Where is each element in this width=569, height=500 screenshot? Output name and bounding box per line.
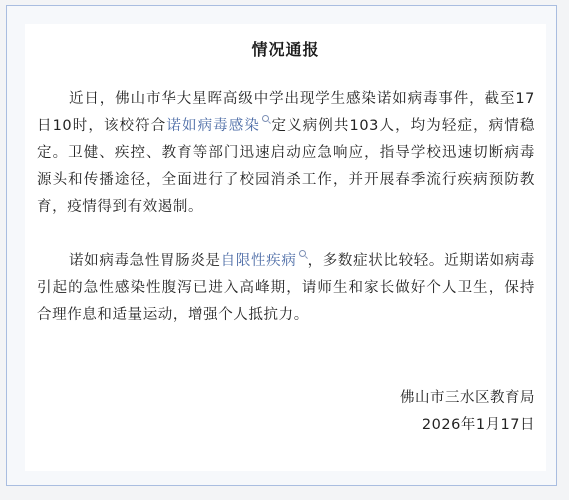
notice-panel: 情况通报 近日，佛山市华大星晖高级中学出现学生感染诺如病毒事件，截至17日10时… bbox=[25, 24, 546, 471]
link-self-limiting-disease[interactable]: 自限性疾病 bbox=[221, 253, 297, 269]
signature-issuer: 佛山市三水区教育局 bbox=[400, 386, 535, 407]
search-icon[interactable] bbox=[299, 250, 306, 257]
search-icon[interactable] bbox=[262, 115, 269, 122]
link-norovirus-infection[interactable]: 诺如病毒感染 bbox=[166, 118, 260, 134]
page-title: 情况通报 bbox=[25, 37, 546, 60]
notice-card: 情况通报 近日，佛山市华大星晖高级中学出现学生感染诺如病毒事件，截至17日10时… bbox=[6, 5, 557, 486]
paragraph-1: 近日，佛山市华大星晖高级中学出现学生感染诺如病毒事件，截至17日10时，该校符合… bbox=[37, 86, 535, 221]
signature-date: 2026年1月17日 bbox=[422, 413, 535, 434]
paragraph-2: 诺如病毒急性胃肠炎是自限性疾病，多数症状比较轻。近期诺如病毒引起的急性感染性腹泻… bbox=[37, 248, 535, 329]
paragraph-text: 诺如病毒急性胃肠炎是 bbox=[69, 253, 221, 269]
